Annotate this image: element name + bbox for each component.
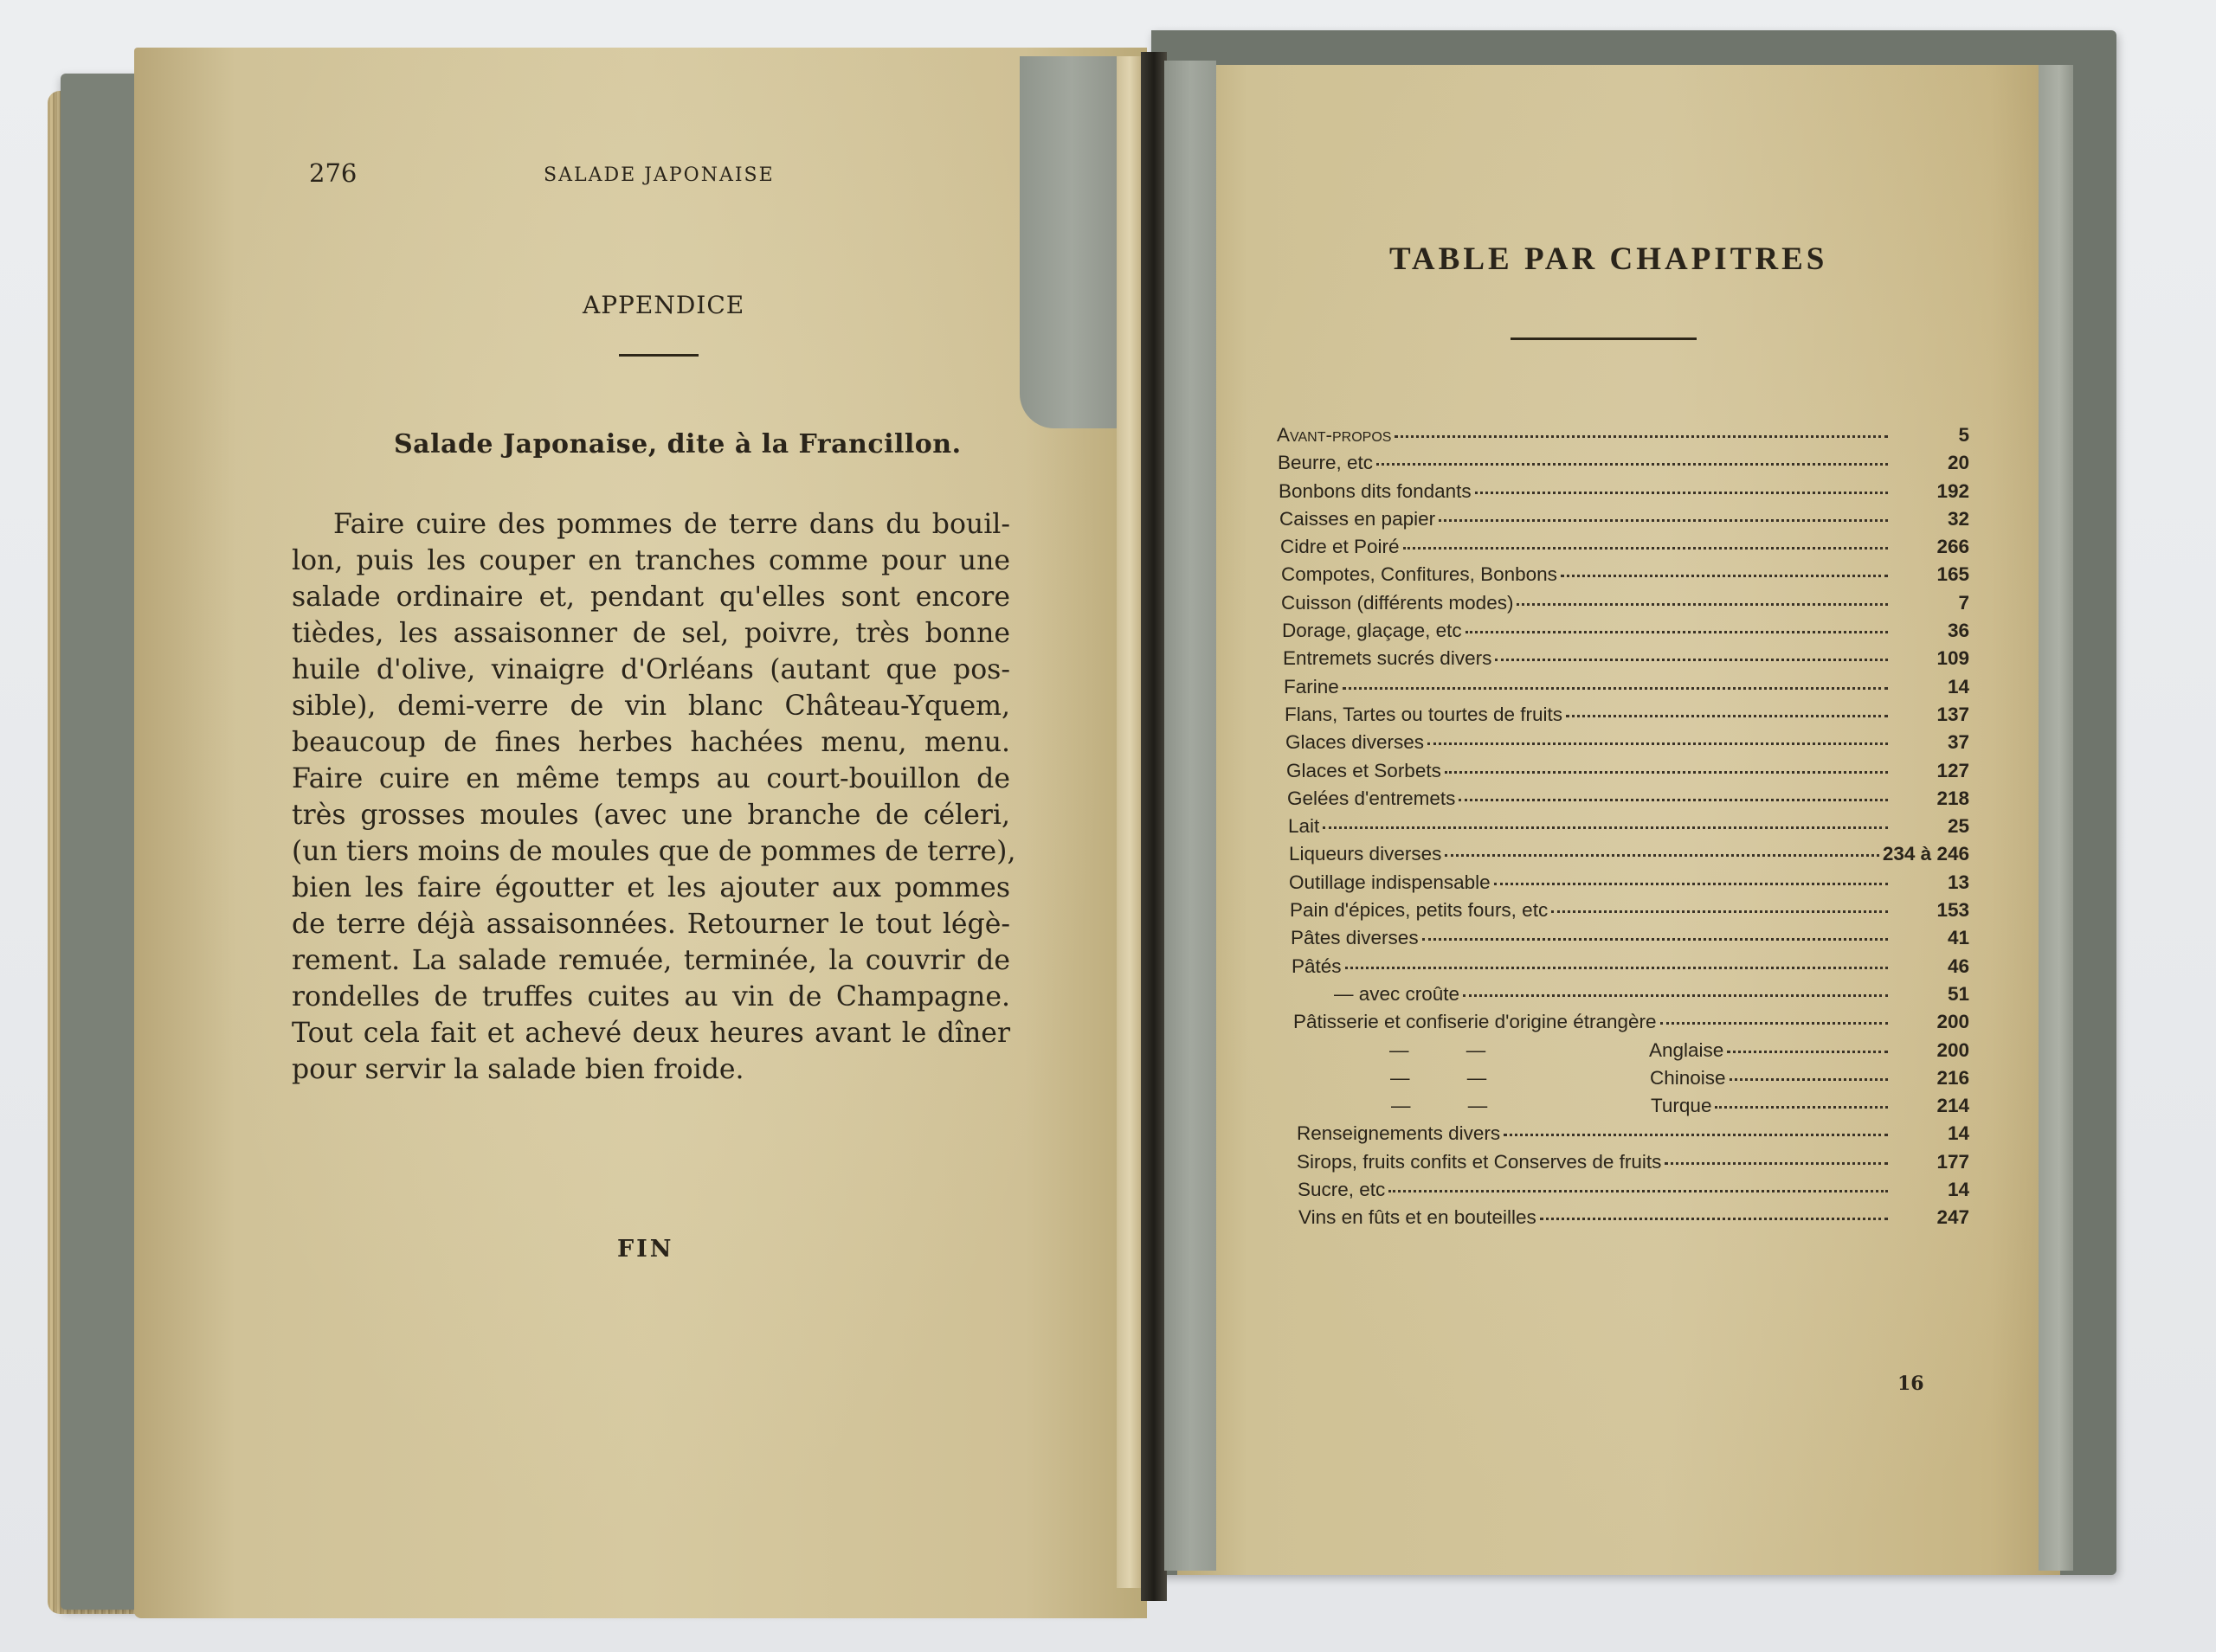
leader-dots — [1403, 547, 1888, 550]
binding-tape-right — [1164, 61, 1216, 1571]
toc-entry-page: 153 — [1891, 899, 1969, 922]
toc-entry-label: Dorage, glaçage, etc — [1282, 620, 1462, 642]
toc-entry-page: 41 — [1891, 927, 1969, 949]
toc-entry-label: Farine — [1284, 676, 1339, 698]
toc-entry-label: Pain d'épices, petits fours, etc — [1290, 899, 1548, 922]
toc-entry: Outillage indispensable13 — [1277, 871, 1969, 899]
toc-entry-label: Compotes, Confitures, Bonbons — [1281, 563, 1557, 586]
toc-entry: — —Turque214 — [1277, 1095, 1969, 1122]
toc-entry: Lait25 — [1277, 815, 1969, 843]
leader-dots — [1427, 742, 1888, 745]
toc-entry-label: Cidre et Poiré — [1280, 536, 1400, 558]
table-of-contents: Avant-propos5Beurre, etc20Bonbons dits f… — [1277, 424, 1969, 1235]
toc-entry-page: 109 — [1891, 647, 1969, 670]
leader-dots — [1540, 1218, 1888, 1220]
toc-entry: Glaces diverses37 — [1277, 731, 1969, 759]
leader-dots — [1561, 575, 1888, 577]
binding-tape-left — [1020, 56, 1124, 428]
body-line: de terre déjà assaisonnées. Retourner le… — [292, 906, 1010, 942]
leader-dots — [1459, 799, 1888, 801]
leader-dots — [1463, 994, 1888, 997]
toc-entry-label: Sucre, etc — [1298, 1179, 1385, 1201]
toc-entry-page: 214 — [1891, 1095, 1969, 1117]
leader-dots — [1715, 1106, 1888, 1109]
toc-title: TABLE PAR CHAPITRES — [1389, 241, 1827, 278]
toc-entry-page: 127 — [1891, 760, 1969, 782]
leader-dots — [1504, 1134, 1888, 1136]
leader-dots — [1388, 1190, 1888, 1192]
running-head: SALADE JAPONAISE — [544, 164, 775, 186]
spine-gap — [1141, 52, 1167, 1601]
toc-entry: Pâtisserie et confiserie d'origine étran… — [1277, 1011, 1969, 1038]
toc-entry-page: 14 — [1891, 676, 1969, 698]
body-line: salade ordinaire et, pendant qu'elles so… — [292, 579, 1010, 615]
toc-entry-label: Renseignements divers — [1297, 1122, 1500, 1145]
toc-entry: Avant-propos5 — [1277, 424, 1969, 452]
leader-dots — [1475, 492, 1888, 494]
toc-entry: Sirops, fruits confits et Conserves de f… — [1277, 1151, 1969, 1179]
toc-entry: Liqueurs diverses234 à 246 — [1277, 843, 1969, 871]
body-line: rondelles de truffes cuites au vin de Ch… — [292, 979, 1010, 1015]
toc-entry-label: Pâtés — [1292, 955, 1342, 978]
toc-entry-label: Caisses en papier — [1279, 508, 1435, 530]
toc-entry-label: Pâtisserie et confiserie d'origine étran… — [1293, 1011, 1657, 1033]
toc-entry-page: 200 — [1891, 1011, 1969, 1033]
end-mark: FIN — [617, 1236, 673, 1263]
toc-entry: Pâtes diverses41 — [1277, 927, 1969, 955]
ditto-dashes: — — — [1296, 1095, 1651, 1117]
body-line: huile d'olive, vinaigre d'Orléans (autan… — [292, 652, 1010, 688]
toc-entry-label: Outillage indispensable — [1289, 871, 1491, 894]
toc-entry-label: Beurre, etc — [1278, 452, 1373, 474]
body-line: Tout cela fait et achevé deux heures ava… — [292, 1015, 1010, 1051]
toc-entry: Caisses en papier32 — [1277, 508, 1969, 536]
body-line: très grosses moules (avec une branche de… — [292, 797, 1010, 833]
toc-entry: Bonbons dits fondants192 — [1277, 480, 1969, 508]
leader-dots — [1422, 938, 1888, 941]
leader-dots — [1566, 715, 1888, 717]
toc-entry-page: 13 — [1891, 871, 1969, 894]
toc-entry: — avec croûte51 — [1277, 983, 1969, 1011]
leader-dots — [1517, 603, 1888, 606]
leader-dots — [1727, 1051, 1888, 1053]
leader-dots — [1445, 771, 1888, 774]
toc-entry: Gelées d'entremets218 — [1277, 787, 1969, 815]
leader-dots — [1551, 910, 1888, 913]
toc-entry-page: 216 — [1891, 1067, 1969, 1090]
body-line: pour servir la salade bien froide. — [292, 1051, 1010, 1088]
toc-entry-label: Liqueurs diverses — [1289, 843, 1441, 865]
divider-rule — [619, 354, 699, 357]
toc-entry-page: 37 — [1891, 731, 1969, 754]
toc-entry-label: Avant-propos — [1277, 424, 1391, 447]
leader-dots — [1495, 659, 1888, 661]
toc-entry-page: 25 — [1891, 815, 1969, 838]
leader-dots — [1345, 967, 1888, 969]
toc-entry: Cidre et Poiré266 — [1277, 536, 1969, 563]
toc-entry: — —Anglaise200 — [1277, 1039, 1969, 1067]
body-line: Faire cuire des pommes de terre dans du … — [292, 506, 1010, 543]
toc-entry: Beurre, etc20 — [1277, 452, 1969, 479]
toc-entry-page: 5 — [1891, 424, 1969, 447]
body-line: Faire cuire en même temps au court-bouil… — [292, 761, 1010, 797]
toc-entry-page: 7 — [1891, 592, 1969, 614]
cover-turn-in — [2039, 65, 2073, 1571]
ditto-dashes: — — — [1295, 1067, 1650, 1090]
toc-entry: Sucre, etc14 — [1277, 1179, 1969, 1206]
toc-entry: Farine14 — [1277, 676, 1969, 704]
body-line: rement. La salade remuée, terminée, la c… — [292, 942, 1010, 979]
toc-entry-page: 192 — [1891, 480, 1969, 503]
leader-dots — [1445, 854, 1879, 857]
toc-entry: Compotes, Confitures, Bonbons165 — [1277, 563, 1969, 591]
toc-entry-page: 14 — [1891, 1122, 1969, 1145]
page-number-left: 276 — [309, 158, 357, 188]
toc-entry: Flans, Tartes ou tourtes de fruits137 — [1277, 704, 1969, 731]
recipe-title: Salade Japonaise, dite à la Francillon. — [394, 429, 962, 460]
toc-entry: Entremets sucrés divers109 — [1277, 647, 1969, 675]
toc-entry-label: Gelées d'entremets — [1287, 787, 1455, 810]
body-line: beaucoup de fines herbes hachées menu, m… — [292, 724, 1010, 761]
leader-dots — [1323, 826, 1888, 829]
toc-entry-label: Lait — [1288, 815, 1319, 838]
toc-entry-page: 14 — [1891, 1179, 1969, 1201]
toc-entry: — —Chinoise216 — [1277, 1067, 1969, 1095]
toc-entry-label: Pâtes diverses — [1291, 927, 1419, 949]
toc-entry-label: Flans, Tartes ou tourtes de fruits — [1285, 704, 1562, 726]
toc-entry: Glaces et Sorbets127 — [1277, 760, 1969, 787]
toc-entry-page: 137 — [1891, 704, 1969, 726]
toc-entry-page: 51 — [1891, 983, 1969, 1006]
toc-entry-page: 32 — [1891, 508, 1969, 530]
toc-entry-page: 46 — [1891, 955, 1969, 978]
toc-entry-page: 165 — [1891, 563, 1969, 586]
toc-entry: Cuisson (différents modes)7 — [1277, 592, 1969, 620]
toc-entry-page: 20 — [1891, 452, 1969, 474]
page-number-right: 16 — [1897, 1372, 1924, 1395]
toc-entry-label: Vins en fûts et en bouteilles — [1298, 1206, 1536, 1229]
toc-entry: Vins en fûts et en bouteilles247 — [1277, 1206, 1969, 1234]
toc-entry-label: Glaces et Sorbets — [1286, 760, 1441, 782]
body-line: lon, puis les couper en tranches comme p… — [292, 543, 1010, 579]
toc-entry: Pain d'épices, petits fours, etc153 — [1277, 899, 1969, 927]
toc-entry-label: Anglaise — [1649, 1039, 1723, 1062]
toc-entry-label: Bonbons dits fondants — [1279, 480, 1472, 503]
toc-entry-label: Cuisson (différents modes) — [1281, 592, 1513, 614]
toc-entry-page: 266 — [1891, 536, 1969, 558]
toc-entry-page: 200 — [1891, 1039, 1969, 1062]
toc-entry-label: Glaces diverses — [1285, 731, 1424, 754]
body-line: (un tiers moins de moules que de pommes … — [292, 833, 1010, 870]
body-line: bien les faire égoutter et les ajouter a… — [292, 870, 1010, 906]
toc-entry-page: 36 — [1891, 620, 1969, 642]
toc-entry: Dorage, glaçage, etc36 — [1277, 620, 1969, 647]
toc-entry: Renseignements divers14 — [1277, 1122, 1969, 1150]
leader-dots — [1665, 1162, 1888, 1165]
leader-dots — [1466, 631, 1888, 633]
leader-dots — [1494, 883, 1888, 885]
toc-entry-label: Entremets sucrés divers — [1283, 647, 1491, 670]
page-gutter-edge — [1117, 56, 1143, 1588]
toc-entry-page: 234 à 246 — [1883, 843, 1969, 865]
toc-entry-label: Chinoise — [1650, 1067, 1726, 1090]
toc-entry-page: 218 — [1891, 787, 1969, 810]
leader-dots — [1343, 687, 1888, 690]
body-line: tièdes, les assaisonner de sel, poivre, … — [292, 615, 1010, 652]
divider-rule — [1511, 337, 1697, 340]
toc-entry-label: Turque — [1651, 1095, 1711, 1117]
body-line: sible), demi-verre de vin blanc Château-… — [292, 688, 1010, 724]
leader-dots — [1439, 519, 1888, 522]
toc-entry-label: Sirops, fruits confits et Conserves de f… — [1297, 1151, 1661, 1173]
toc-entry-label: — avec croûte — [1292, 983, 1459, 1006]
section-title: APPENDICE — [583, 291, 744, 319]
ditto-dashes: — — — [1294, 1039, 1649, 1062]
recipe-body: Faire cuire des pommes de terre dans du … — [292, 506, 1010, 1088]
toc-entry: Pâtés46 — [1277, 955, 1969, 983]
leader-dots — [1730, 1078, 1888, 1081]
toc-entry-page: 247 — [1891, 1206, 1969, 1229]
leader-dots — [1376, 463, 1888, 466]
leader-dots — [1660, 1022, 1888, 1025]
toc-entry-page: 177 — [1891, 1151, 1969, 1173]
leader-dots — [1395, 435, 1888, 438]
